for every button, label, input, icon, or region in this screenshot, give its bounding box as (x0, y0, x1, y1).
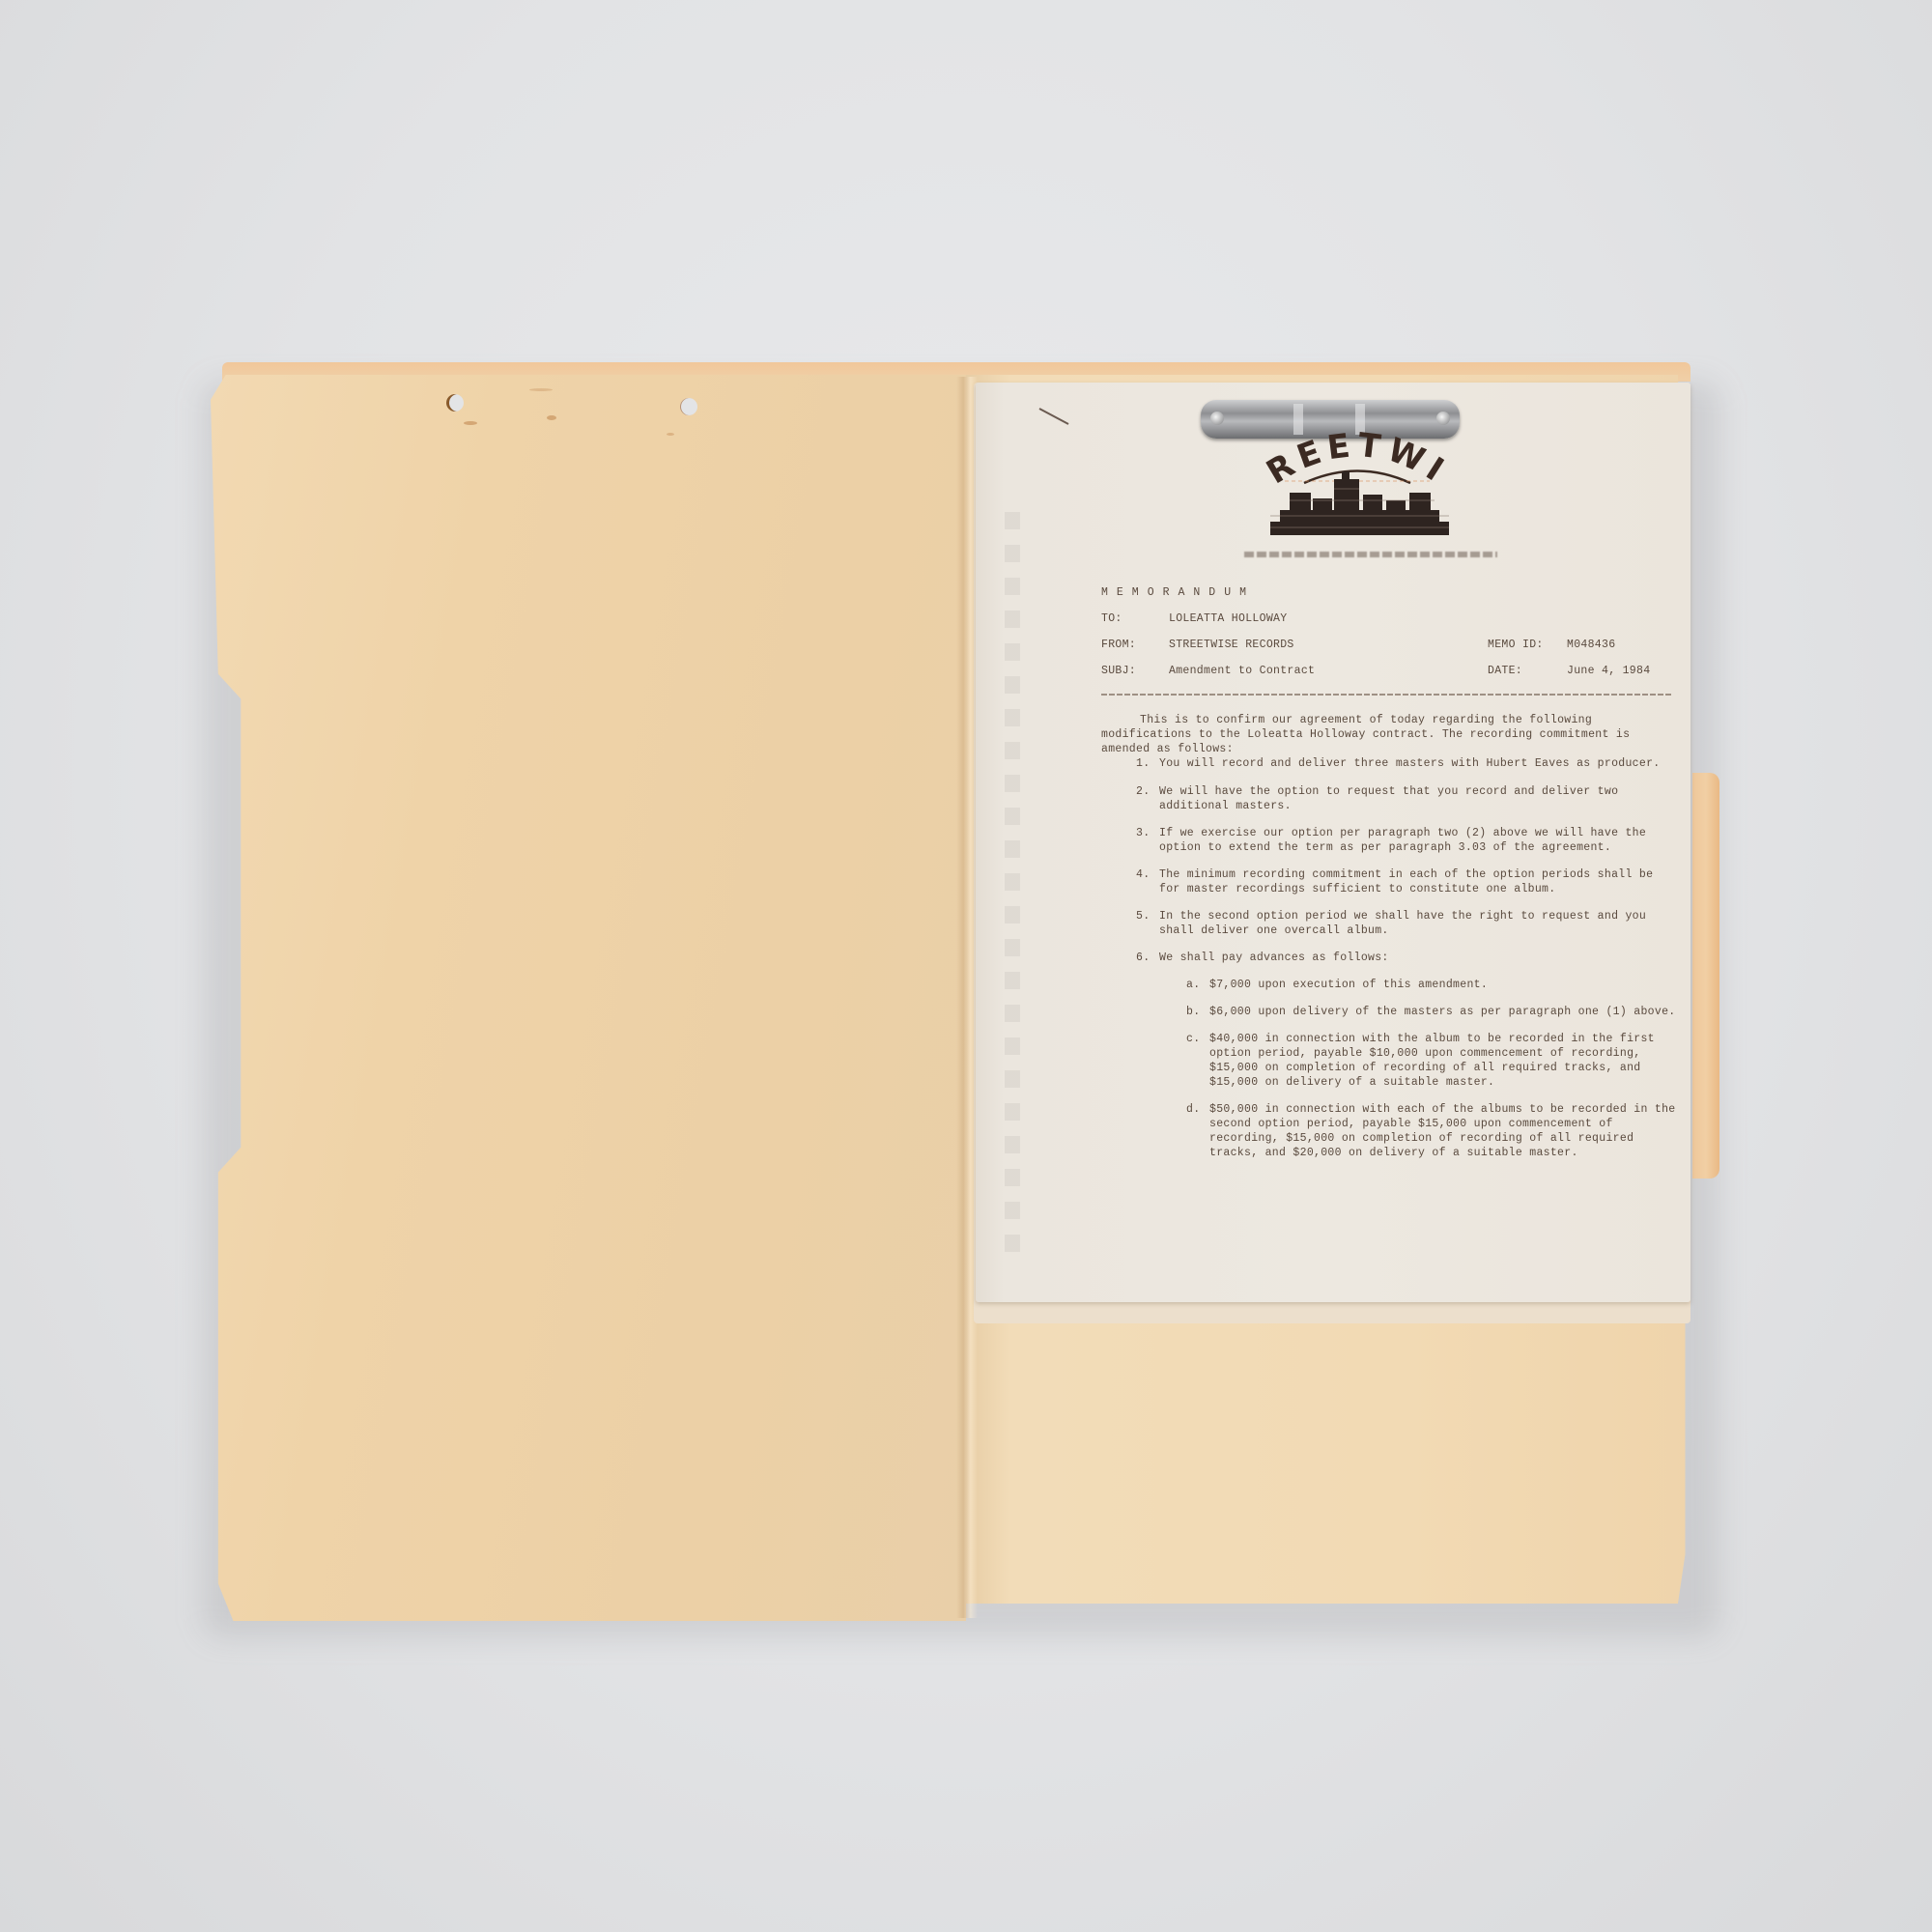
item-text: $6,000 upon delivery of the masters as p… (1209, 1005, 1675, 1019)
memo-id-label: MEMO ID: (1488, 638, 1567, 664)
item-number: 2. (1136, 784, 1159, 813)
item-text: We will have the option to request that … (1159, 784, 1681, 813)
punch-hole-icon (680, 398, 697, 415)
memo-id-value: M048436 (1567, 638, 1615, 664)
memo-subj-row: SUBJ: Amendment to Contract DATE: June 4… (1101, 664, 1681, 690)
faint-vertical-marks (1005, 512, 1020, 1265)
advance-item: a.$7,000 upon execution of this amendmen… (1186, 978, 1681, 992)
rust-spot (547, 415, 556, 420)
rust-spot (464, 421, 477, 425)
memo-item: 6.We shall pay advances as follows: (1136, 951, 1681, 965)
header-divider (1101, 694, 1671, 696)
item-text: $40,000 in connection with the album to … (1209, 1032, 1681, 1090)
rust-spot (529, 388, 553, 391)
item-number: 1. (1136, 756, 1159, 771)
item-text: $7,000 upon execution of this amendment. (1209, 978, 1488, 992)
memo-from-row: FROM: STREETWISE RECORDS MEMO ID: M04843… (1101, 638, 1681, 664)
memo-intro: This is to confirm our agreement of toda… (1101, 713, 1681, 756)
from-value: STREETWISE RECORDS (1169, 638, 1488, 664)
item-number: c. (1186, 1032, 1209, 1090)
item-number: b. (1186, 1005, 1209, 1019)
streetwise-logo: STREETWISE (1246, 425, 1468, 541)
item-number: 4. (1136, 867, 1159, 896)
punch-hole-icon (446, 394, 464, 412)
item-number: 5. (1136, 909, 1159, 938)
rust-spot (667, 433, 674, 436)
advance-item: b.$6,000 upon delivery of the masters as… (1186, 1005, 1681, 1019)
item-text: We shall pay advances as follows: (1159, 951, 1389, 965)
rivet-icon (1436, 412, 1450, 425)
date-label: DATE: (1488, 664, 1567, 690)
memo-item: 5.In the second option period we shall h… (1136, 909, 1681, 938)
memo-item: 1.You will record and deliver three mast… (1136, 756, 1681, 771)
letterhead-address (1244, 552, 1497, 557)
advance-item: c.$40,000 in connection with the album t… (1186, 1032, 1681, 1090)
item-text: You will record and deliver three master… (1159, 756, 1660, 771)
memo-title: MEMORANDUM (1101, 585, 1681, 600)
advance-item: d.$50,000 in connection with each of the… (1186, 1102, 1681, 1160)
subj-label: SUBJ: (1101, 664, 1169, 690)
memo-item: 3.If we exercise our option per paragrap… (1136, 826, 1681, 855)
item-number: a. (1186, 978, 1209, 992)
item-number: d. (1186, 1102, 1209, 1160)
memo-to-row: TO: LOLEATTA HOLLOWAY (1101, 611, 1681, 638)
subj-value: Amendment to Contract (1169, 664, 1488, 690)
item-text: In the second option period we shall hav… (1159, 909, 1681, 938)
to-value: LOLEATTA HOLLOWAY (1169, 611, 1488, 638)
folder-left-panel (211, 375, 966, 1621)
item-text: If we exercise our option per paragraph … (1159, 826, 1681, 855)
item-text: $50,000 in connection with each of the a… (1209, 1102, 1681, 1160)
to-label: TO: (1101, 611, 1169, 638)
city-skyline-icon (1270, 471, 1449, 539)
item-text: The minimum recording commitment in each… (1159, 867, 1681, 896)
rivet-icon (1210, 412, 1224, 425)
memo-items-list: 1.You will record and deliver three mast… (1101, 756, 1681, 1160)
folder-tab[interactable] (1692, 773, 1719, 1179)
memo-body: MEMORANDUM TO: LOLEATTA HOLLOWAY FROM: S… (1101, 585, 1681, 1173)
memo-item: 4.The minimum recording commitment in ea… (1136, 867, 1681, 896)
from-label: FROM: (1101, 638, 1169, 664)
item-number: 3. (1136, 826, 1159, 855)
date-value: June 4, 1984 (1567, 664, 1650, 690)
memo-item: 2.We will have the option to request tha… (1136, 784, 1681, 813)
item-number: 6. (1136, 951, 1159, 965)
